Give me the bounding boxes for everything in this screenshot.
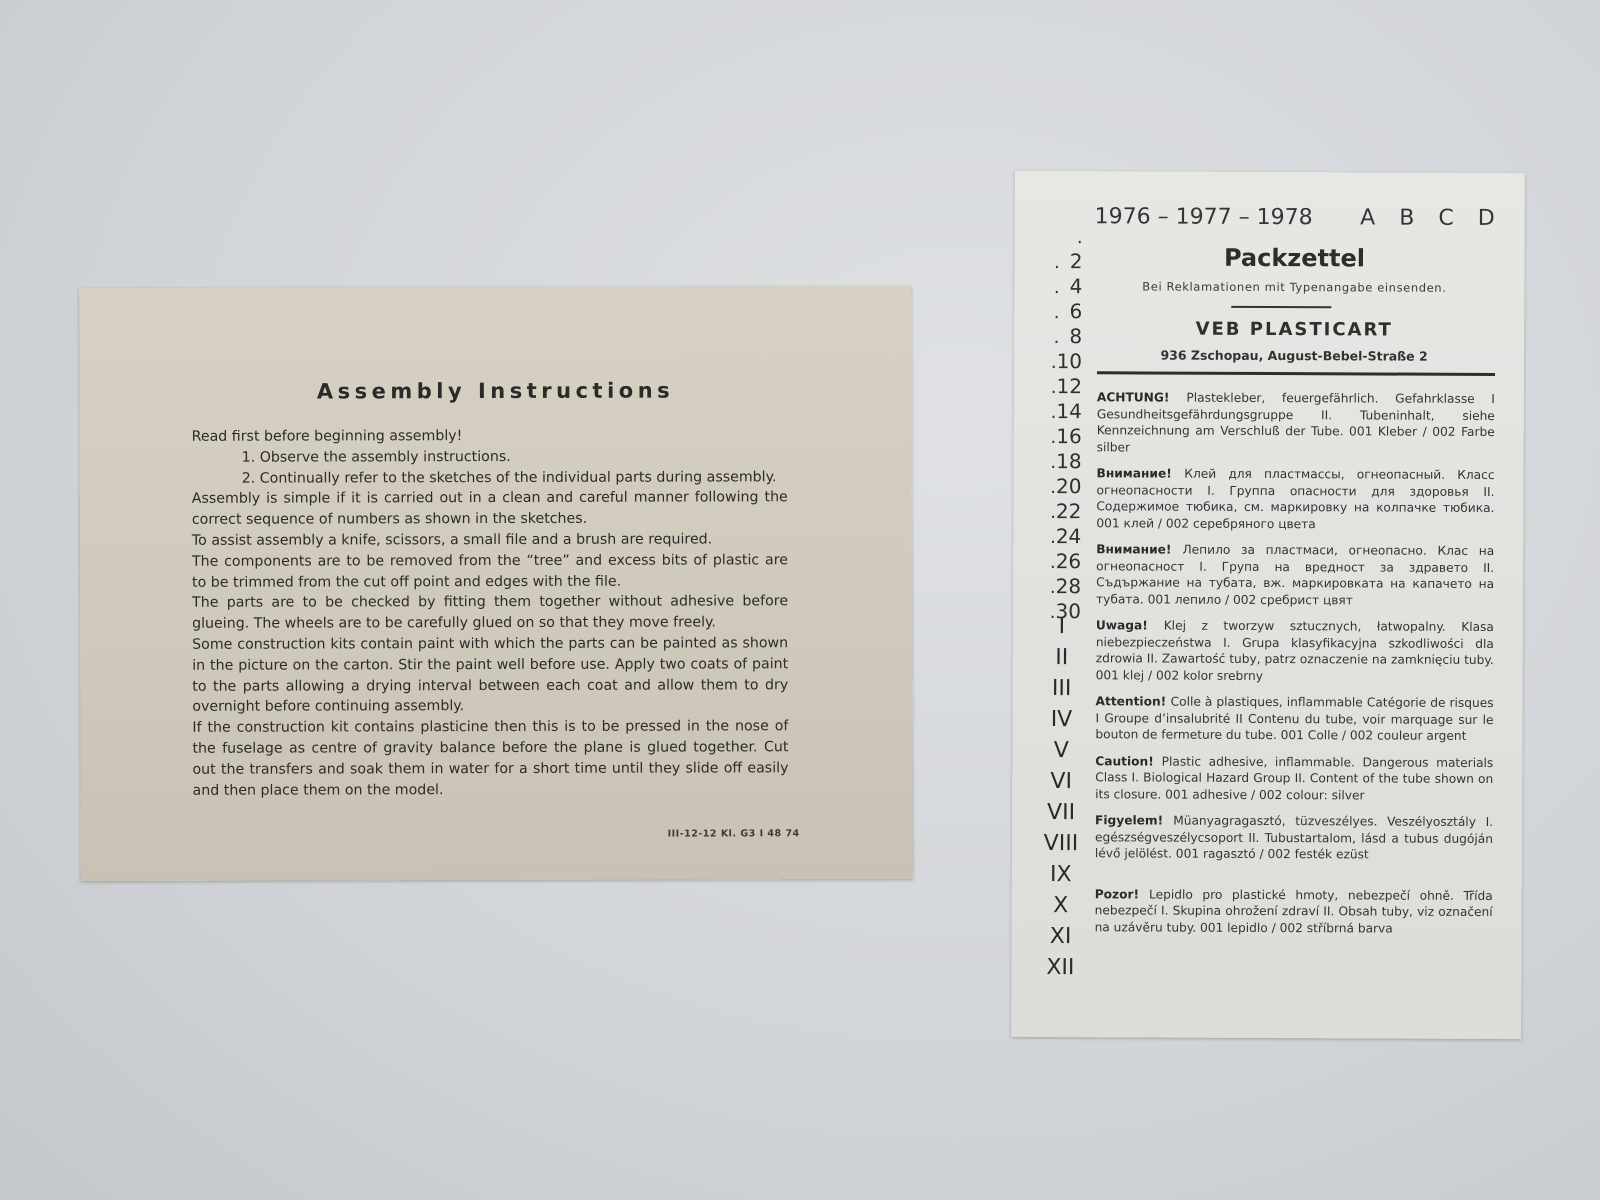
month-numeral: X — [1036, 890, 1086, 921]
warning-block: ACHTUNG! Plastekleber, feuergefährlich. … — [1097, 389, 1495, 457]
type-letter: B — [1399, 206, 1414, 231]
type-letters: A B C D — [1360, 205, 1495, 231]
assembly-instructions-sheet: Assembly Instructions Read first before … — [79, 286, 913, 881]
warning-label: Uwaga! — [1096, 618, 1164, 632]
warning-block: Pozor! Lepidlo pro plastické hmoty, nebe… — [1095, 886, 1493, 937]
day-number: .12 — [1022, 374, 1082, 399]
assembly-paragraph: Assembly is simple if it is carried out … — [192, 488, 788, 531]
month-numeral-column: IIIIIIIVVVIVIIVIIIIXXXIXII — [1035, 611, 1087, 983]
warning-block: Внимание! Лепило за пластмаси, огнеопасн… — [1096, 541, 1494, 609]
warning-label: Внимание! — [1097, 466, 1185, 480]
type-letter: D — [1478, 206, 1495, 231]
day-number: . 8 — [1022, 324, 1082, 349]
day-number: .22 — [1021, 499, 1081, 524]
warning-label: Caution! — [1095, 754, 1161, 768]
day-number: .14 — [1022, 399, 1082, 424]
warning-label: Pozor! — [1095, 887, 1149, 901]
assembly-paragraph: The components are to be removed from th… — [192, 550, 788, 593]
assembly-body: Read first before beginning assembly! 1.… — [192, 425, 789, 801]
month-numeral: XI — [1035, 921, 1085, 952]
month-numeral: VII — [1036, 797, 1086, 828]
warning-block: Uwaga! Klej z tworzyw sztucznych, łatwop… — [1096, 617, 1494, 685]
warning-label: ACHTUNG! — [1097, 390, 1187, 404]
month-numeral: IV — [1036, 704, 1086, 735]
warning-block: Caution! Plastic adhesive, inflammable. … — [1095, 753, 1493, 804]
packzettel-subtitle: Bei Reklamationen mit Typenangabe einsen… — [1094, 279, 1494, 295]
day-number: .26 — [1021, 549, 1081, 574]
type-letter: A — [1360, 205, 1375, 230]
years-text: 1976 – 1977 – 1978 — [1095, 204, 1313, 230]
day-number: .16 — [1022, 424, 1082, 449]
type-letter: C — [1438, 206, 1453, 231]
assembly-step-1: 1. Observe the assembly instructions. — [192, 446, 788, 468]
month-numeral: I — [1037, 611, 1087, 642]
assembly-title: Assembly Instructions — [79, 378, 911, 404]
day-number: . 4 — [1022, 274, 1082, 299]
day-number: .28 — [1021, 574, 1081, 599]
warning-label: Внимание! — [1096, 542, 1182, 556]
day-number: . 2 — [1022, 249, 1082, 274]
warning-block: Внимание! Клей для пластмассы, огнеопасн… — [1096, 465, 1494, 533]
month-numeral: III — [1037, 673, 1087, 704]
packzettel-sheet: .. 2. 4. 6. 8.10.12.14.16.18.20.22.24.26… — [1011, 171, 1525, 1039]
warning-label: Figyelem! — [1095, 813, 1173, 827]
month-numeral: VIII — [1036, 828, 1086, 859]
packzettel-title: Packzettel — [1094, 243, 1494, 273]
warning-label: Attention! — [1096, 694, 1171, 708]
warning-text: Lepidlo pro plastické hmoty, nebezpečí o… — [1095, 887, 1493, 935]
assembly-paragraph: To assist assembly a knife, scissors, a … — [192, 529, 788, 551]
day-number: .24 — [1021, 524, 1081, 549]
assembly-paragraph: Some construction kits contain paint wit… — [192, 633, 788, 718]
warning-block: Attention! Colle à plastiques, inflammab… — [1095, 693, 1493, 744]
divider — [1231, 306, 1331, 308]
assembly-paragraph: If the construction kit contains plastic… — [192, 716, 788, 801]
divider — [1097, 371, 1495, 376]
print-code: III-12-12 Kl. G3 I 48 74 — [668, 828, 800, 839]
warning-list: ACHTUNG! Plastekleber, feuergefährlich. … — [1095, 389, 1495, 947]
month-numeral: XII — [1035, 952, 1085, 983]
month-numeral: IX — [1036, 859, 1086, 890]
month-numeral: VI — [1036, 766, 1086, 797]
warning-block: Figyelem! Müanyagragasztó, tüzveszélyes.… — [1095, 812, 1493, 863]
company-address: 936 Zschopau, August-Bebel-Straße 2 — [1094, 347, 1494, 364]
day-number: .18 — [1022, 449, 1082, 474]
company-name: VEB PLASTICART — [1094, 318, 1494, 341]
day-number: .10 — [1022, 349, 1082, 374]
day-number: .20 — [1021, 474, 1081, 499]
day-number: . — [1023, 224, 1083, 249]
month-numeral: V — [1036, 735, 1086, 766]
day-number-column: .. 2. 4. 6. 8.10.12.14.16.18.20.22.24.26… — [1021, 224, 1083, 624]
month-numeral: II — [1037, 642, 1087, 673]
assembly-paragraph: The parts are to be checked by fitting t… — [192, 592, 788, 635]
assembly-paragraph: Read first before beginning assembly! — [192, 425, 788, 447]
day-number: . 6 — [1022, 299, 1082, 324]
year-header: 1976 – 1977 – 1978 A B C D — [1095, 204, 1495, 231]
assembly-step-2: 2. Continually refer to the sketches of … — [192, 467, 788, 489]
